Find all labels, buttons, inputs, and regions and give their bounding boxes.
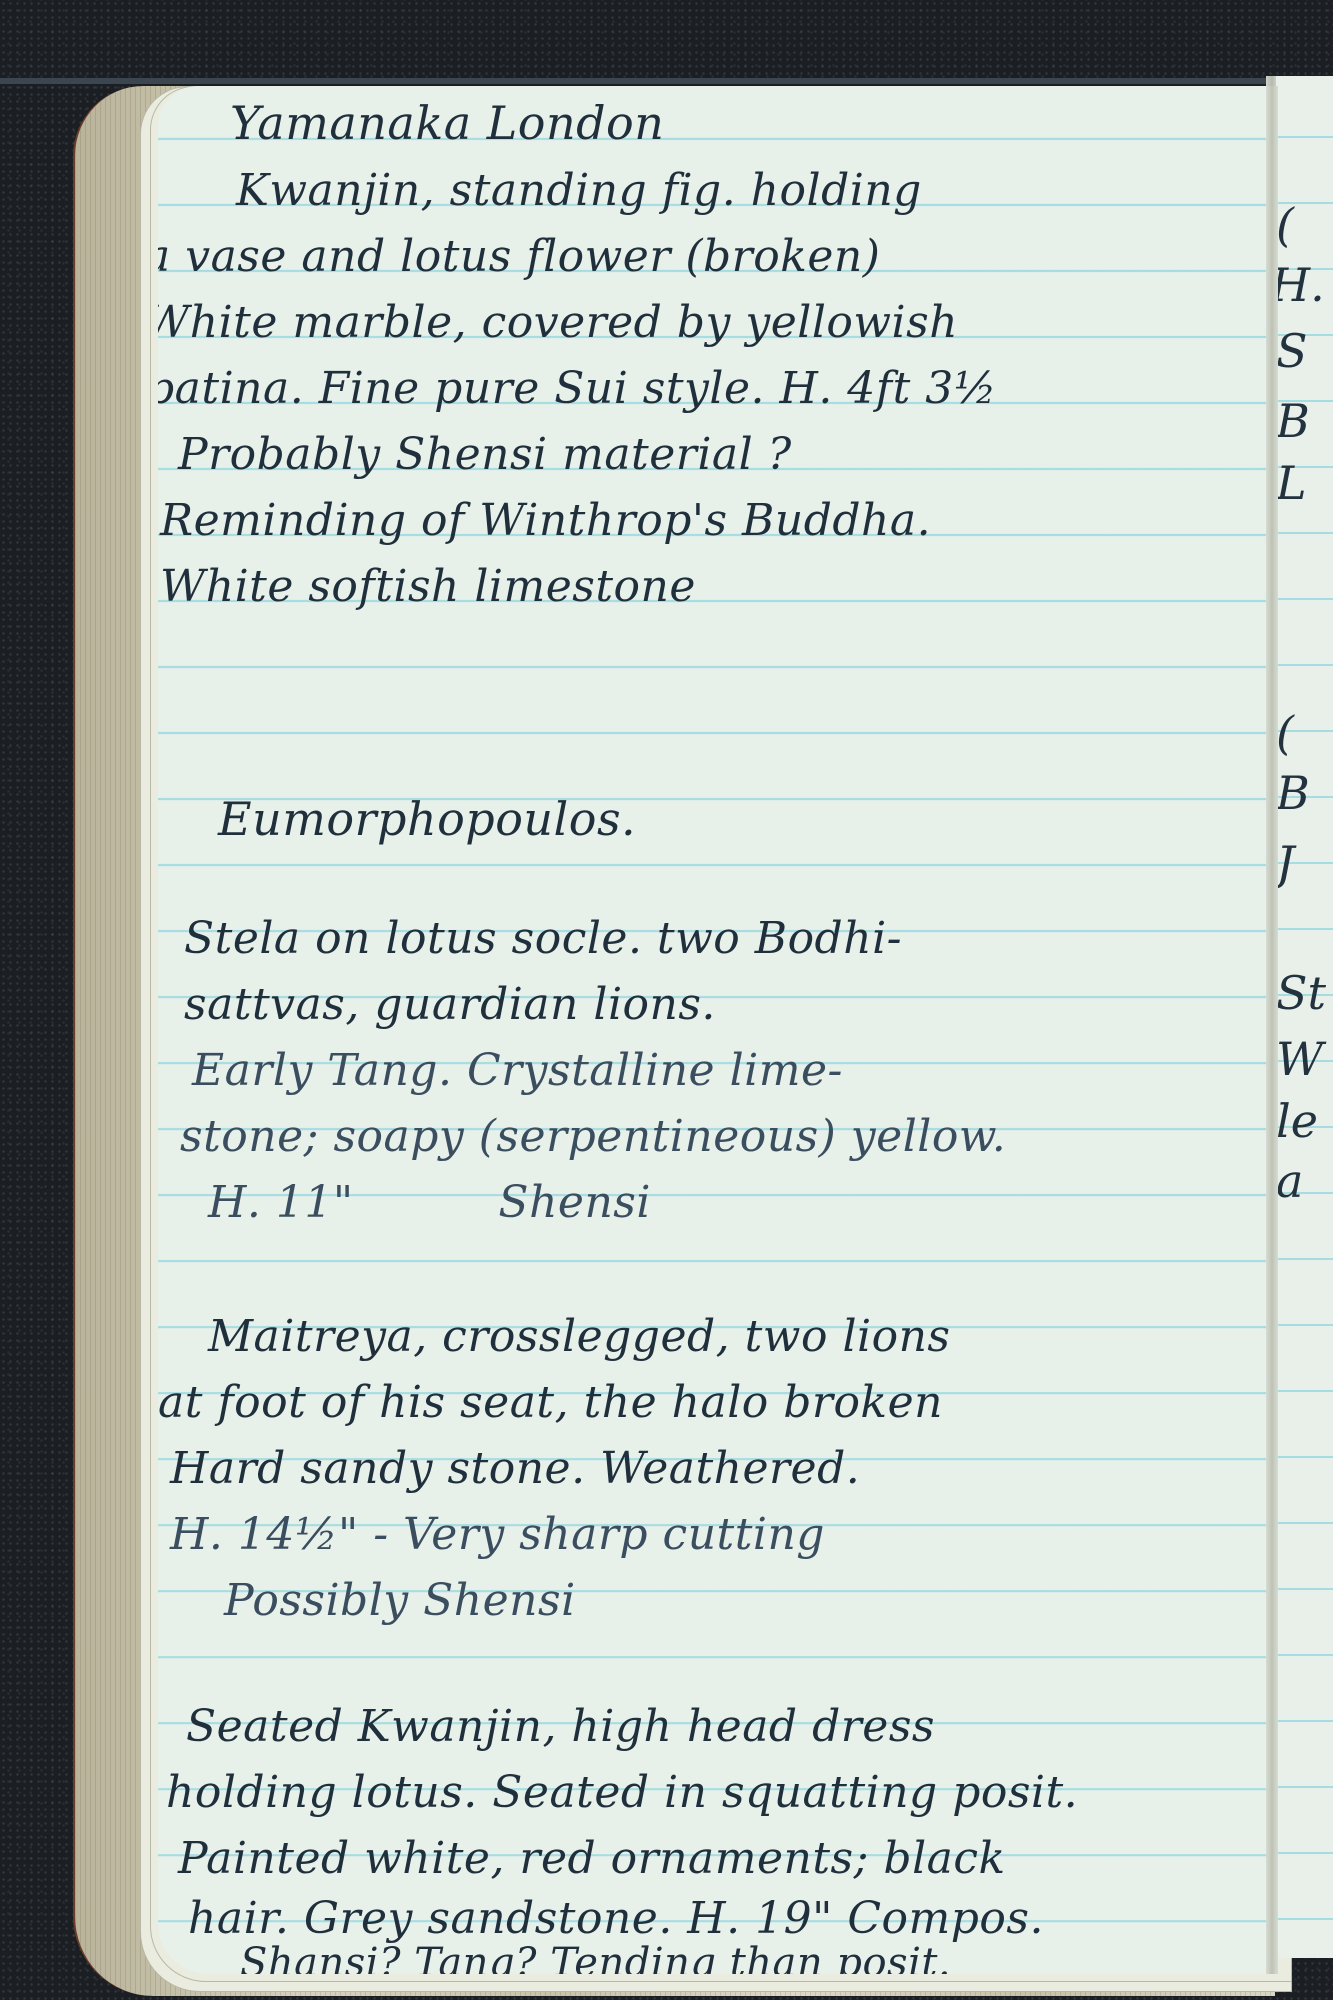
- entry-line: stone; soapy (serpentineous) yellow.: [180, 1104, 1006, 1170]
- entry-line: Shansi? Tang? Tending than posit.: [240, 1930, 951, 1974]
- entry-line: White marble, covered by yellowish: [158, 290, 958, 356]
- entry-line: Kwanjin, standing fig. holding: [236, 158, 922, 224]
- entry-line: Probably Shensi material ?: [178, 422, 792, 488]
- facing-page-fragment: le: [1276, 1094, 1318, 1148]
- entry-line: sattvas, guardian lions.: [184, 972, 716, 1038]
- entry-line: Hard sandy stone. Weathered.: [170, 1436, 860, 1502]
- entry-line: Early Tang. Crystalline lime-: [192, 1038, 843, 1104]
- entry-line: Stela on lotus socle. two Bodhi-: [184, 906, 902, 972]
- facing-page-fragment: (: [1276, 706, 1294, 760]
- entry-line: Reminding of Winthrop's Buddha.: [160, 488, 931, 554]
- notebook-page: Yamanaka London Kwanjin, standing fig. h…: [158, 86, 1278, 1974]
- entry-line: patina. Fine pure Sui style. H. 4ft 3½: [158, 356, 997, 422]
- entry-line: Possibly Shensi: [224, 1568, 576, 1634]
- facing-page-fragment: B: [1276, 394, 1310, 448]
- facing-page-fragment: L: [1276, 456, 1307, 510]
- collection-heading: Eumorphopoulos.: [218, 786, 636, 852]
- entry-line: at foot of his seat, the halo broken: [158, 1370, 943, 1436]
- facing-page-fragment: (: [1276, 198, 1294, 252]
- background-strip: [0, 78, 1333, 84]
- entry-line: a vase and lotus flower (broken): [158, 224, 880, 290]
- facing-page-fragment: S: [1276, 324, 1308, 378]
- facing-page: ( H. S B L ( B J St W le a: [1276, 76, 1333, 1958]
- entry-line: White softish limestone: [160, 554, 696, 620]
- facing-page-fragment: a: [1276, 1154, 1303, 1208]
- facing-page-fragment: H.: [1276, 258, 1325, 312]
- page-gutter: [1266, 86, 1278, 1974]
- entry-line: H. 11" Shensi: [208, 1170, 651, 1236]
- facing-page-fragment: W: [1276, 1032, 1323, 1086]
- facing-page-fragment: J: [1276, 836, 1294, 890]
- entry-line: H. 14½" - Very sharp cutting: [170, 1502, 825, 1568]
- facing-page-fragment: B: [1276, 766, 1310, 820]
- page-header: Yamanaka London: [230, 90, 664, 156]
- entry-line: Maitreya, crosslegged, two lions: [208, 1304, 951, 1370]
- entry-line: holding lotus. Seated in squatting posit…: [166, 1760, 1078, 1826]
- entry-line: Painted white, red ornaments; black: [178, 1826, 1006, 1892]
- entry-line: Seated Kwanjin, high head dress: [186, 1694, 935, 1760]
- facing-page-fragment: St: [1276, 966, 1326, 1020]
